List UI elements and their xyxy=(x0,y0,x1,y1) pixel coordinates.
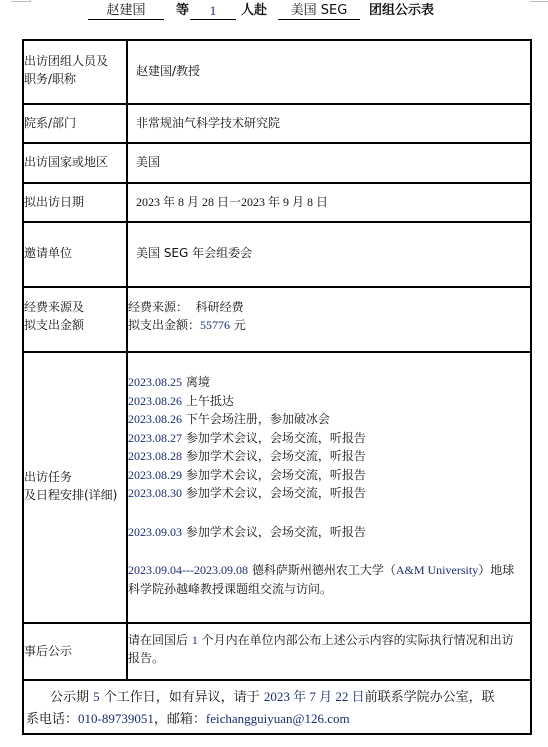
row-border xyxy=(24,182,530,184)
schedule-date: 2023.08.26 xyxy=(128,412,182,426)
schedule-item: 2023.08.25 离境 xyxy=(128,373,530,392)
schedule-item: 2023.08.26 上午抵达 xyxy=(128,392,530,411)
schedule-date: 2023.08.25 xyxy=(128,375,182,389)
schedule-text-line2: 科学院孙越峰教授课题组交流与访问。 xyxy=(128,580,530,599)
schedule-item-0903: 2023.09.03 参加学术会议，会场交流，听报告 xyxy=(128,523,530,542)
footer-email: feichangguiyuan@126.com xyxy=(206,711,350,726)
value-funding: 经费来源： 科研经费 拟支出金额：55776 元 xyxy=(128,298,530,334)
title-ren-fu: 人赴 xyxy=(241,0,267,22)
schedule-text: 参加学术会议，会场交流，听报告 xyxy=(186,468,366,482)
document-title: 赵建国 等 1 人赴 美国 SEG 团组公示表 xyxy=(0,0,548,22)
post-notice-line2: 报告。 xyxy=(128,649,530,667)
label-post-notice: 事后公示 xyxy=(24,642,126,660)
schedule-item: 2023.08.27 参加学术会议，会场交流，听报告 xyxy=(128,429,530,448)
title-destination: 美国 SEG xyxy=(278,0,360,20)
label-inviter: 邀请单位 xyxy=(24,244,126,262)
schedule-text: 下午会场注册，参加破冰会 xyxy=(186,412,330,426)
label-schedule-line1: 出访任务 xyxy=(24,468,126,486)
title-person: 赵建国 xyxy=(88,0,164,20)
post-notice-a: 请在回国后 xyxy=(128,633,192,647)
schedule-item: 2023.08.29 参加学术会议，会场交流，听报告 xyxy=(128,466,530,485)
row-border xyxy=(24,221,530,223)
label-schedule: 出访任务 及日程安排(详细) xyxy=(24,468,126,504)
label-department: 院系/部门 xyxy=(24,114,126,132)
title-count: 1 xyxy=(190,0,236,20)
funding-source: 经费来源： 科研经费 xyxy=(128,298,530,316)
publicity-table: 出访团组人员及 职务/职称 赵建国/教授 院系/部门 非常规油气科学技术研究院 … xyxy=(22,39,532,735)
schedule-text-b: ）地球 xyxy=(478,563,514,577)
schedule-date: 2023.08.27 xyxy=(128,431,182,445)
schedule-text: 参加学术会议，会场交流，听报告 xyxy=(186,486,366,500)
label-funding-line2: 拟支出金额 xyxy=(24,316,126,334)
schedule-text: 参加学术会议，会场交流，听报告 xyxy=(186,449,366,463)
footer-date: 2023 年 7 月 22 日 xyxy=(264,689,365,704)
funding-amount-label: 拟支出金额： xyxy=(128,318,200,332)
schedule-date: 2023.09.03 xyxy=(128,525,182,539)
schedule-text: 参加学术会议，会场交流，听报告 xyxy=(186,525,366,539)
schedule-list: 2023.08.25 离境 2023.08.26 上午抵达 2023.08.26… xyxy=(128,373,530,503)
funding-amount-line: 拟支出金额：55776 元 xyxy=(128,316,530,334)
schedule-text: 参加学术会议，会场交流，听报告 xyxy=(186,431,366,445)
label-funding-line1: 经费来源及 xyxy=(24,298,126,316)
value-dates: 2023 年 8 月 28 日一2023 年 9 月 8 日 xyxy=(128,193,530,211)
label-country: 出访国家或地区 xyxy=(24,153,126,171)
label-schedule-line2: 及日程安排(详细) xyxy=(24,486,126,504)
value-department: 非常规油气科学技术研究院 xyxy=(128,114,530,132)
footer-p2: 个工作日，如有异议，请于 xyxy=(100,690,264,705)
label-funding: 经费来源及 拟支出金额 xyxy=(24,298,126,334)
footer-p4: 系电话： xyxy=(26,712,78,727)
footer-p3: 前联系学院办公室，联 xyxy=(365,690,495,705)
schedule-date: 2023.08.28 xyxy=(128,449,182,463)
label-dates: 拟出访日期 xyxy=(24,193,126,211)
schedule-item: 2023.08.30 参加学术会议，会场交流，听报告 xyxy=(128,484,530,503)
schedule-date: 2023.08.26 xyxy=(128,394,182,408)
value-members: 赵建国/教授 xyxy=(128,62,530,80)
schedule-text-a: 德科萨斯州德州农工大学（ xyxy=(252,563,396,577)
schedule-date: 2023.08.30 xyxy=(128,486,182,500)
title-suffix: 团组公示表 xyxy=(369,0,434,22)
row-border xyxy=(24,351,530,353)
schedule-item-visit: 2023.09.04---2023.09.08 德科萨斯州德州农工大学（A&M … xyxy=(128,561,530,598)
title-deng: 等 xyxy=(176,0,189,22)
footer-p1: 公示期 xyxy=(50,690,93,705)
row-border xyxy=(24,679,530,681)
schedule-item: 2023.08.28 参加学术会议，会场交流，听报告 xyxy=(128,447,530,466)
schedule-item: 2023.08.26 下午会场注册，参加破冰会 xyxy=(128,410,530,429)
schedule-date: 2023.09.04---2023.09.08 xyxy=(128,563,248,577)
footer-phone: 010-89739051 xyxy=(78,711,154,726)
row-border xyxy=(24,142,530,144)
funding-amount: 55776 xyxy=(200,318,230,332)
row-border xyxy=(24,103,530,105)
row-border xyxy=(24,286,530,288)
schedule-text: 离境 xyxy=(186,375,210,389)
label-members-line1: 出访团组人员及 xyxy=(24,52,126,70)
value-post-notice: 请在回国后 1 个月内在单位内部公布上述公示内容的实际执行情况和出访 报告。 xyxy=(128,631,530,667)
value-country: 美国 xyxy=(128,153,530,171)
post-notice-b: 个月内在单位内部公布上述公示内容的实际执行情况和出访 xyxy=(198,633,514,647)
row-border xyxy=(24,622,530,624)
schedule-text-en: A&M University xyxy=(396,563,478,577)
value-inviter: 美国 SEG 年会组委会 xyxy=(128,244,530,262)
footer-p5: ，邮箱： xyxy=(154,712,206,727)
label-members-line2: 职务/职称 xyxy=(24,70,126,88)
funding-amount-unit: 元 xyxy=(230,318,246,332)
schedule-text: 上午抵达 xyxy=(186,394,234,408)
schedule-date: 2023.08.29 xyxy=(128,468,182,482)
footer-notice: 公示期 5 个工作日，如有异议，请于 2023 年 7 月 22 日前联系学院办… xyxy=(24,686,530,730)
label-members: 出访团组人员及 职务/职称 xyxy=(24,52,126,88)
